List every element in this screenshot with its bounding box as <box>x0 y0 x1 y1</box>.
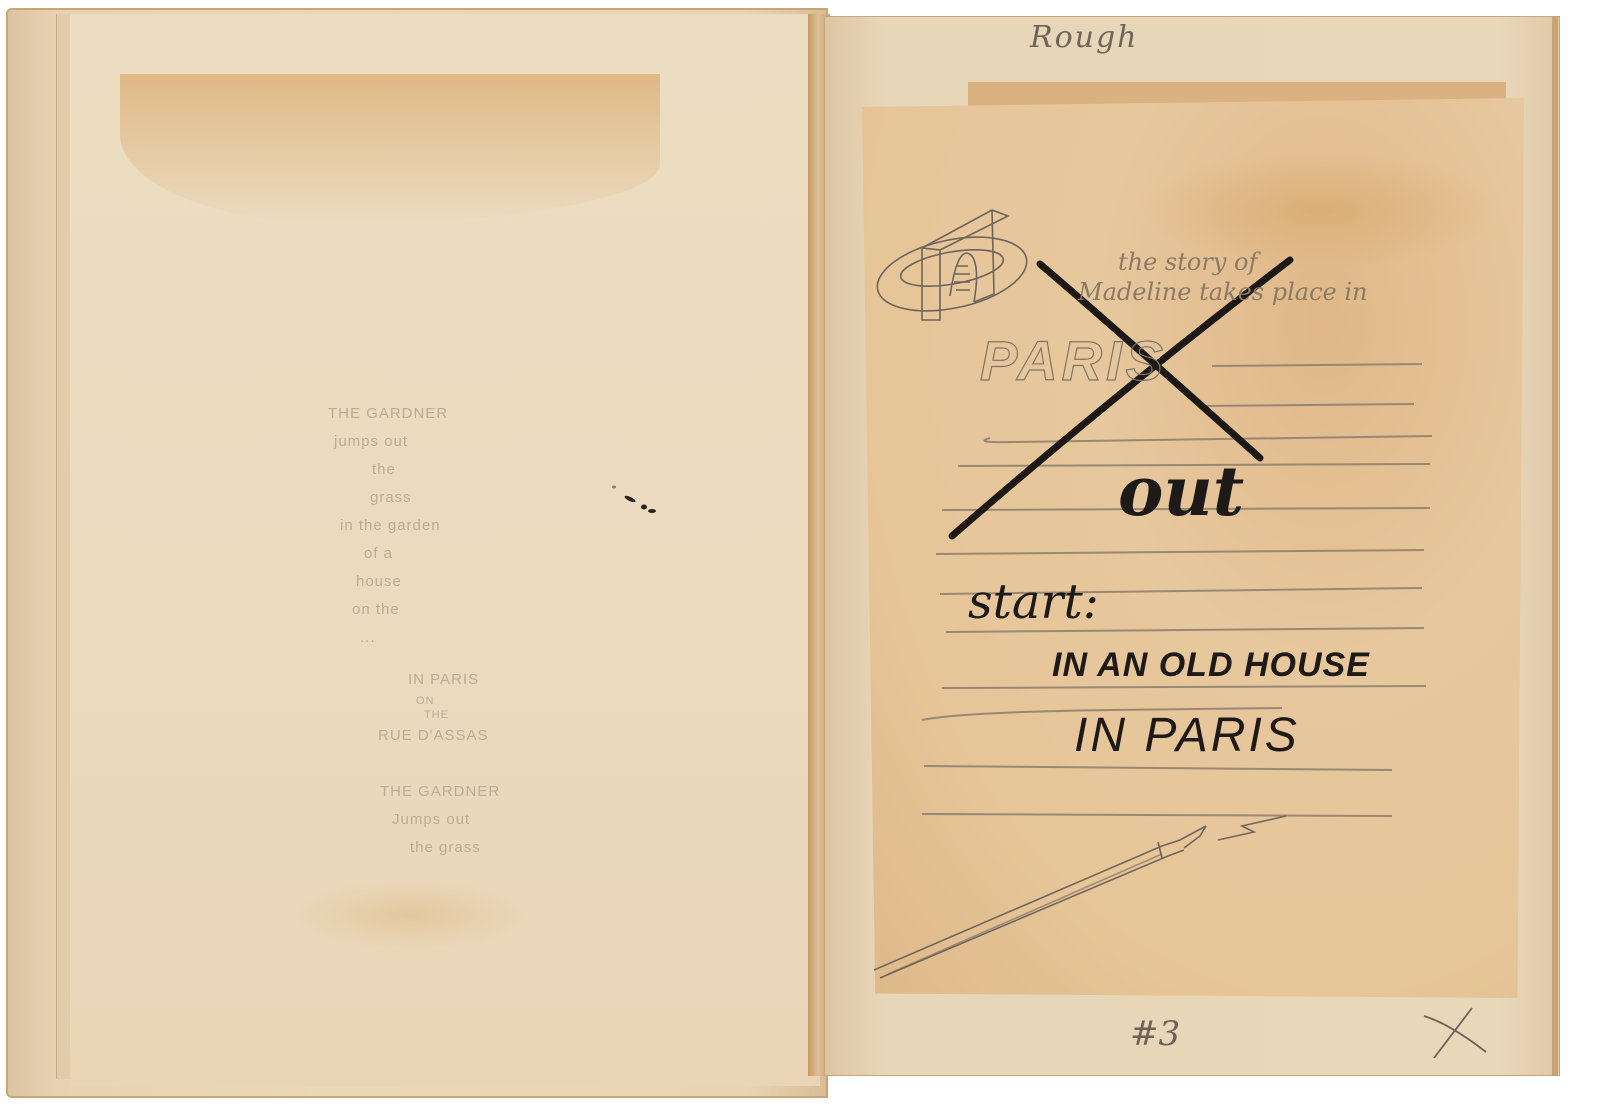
draft-drawings <box>862 98 1524 998</box>
note-line: jumps out <box>300 428 560 456</box>
note-line: house <box>300 568 560 596</box>
note-line: Jumps out <box>300 806 560 834</box>
arch-sketch-icon <box>871 210 1034 323</box>
open-sketchbook: THE GARDNER jumps out the grass in the g… <box>0 0 1600 1106</box>
x-mark-icon <box>1420 1004 1492 1060</box>
page-number: #3 <box>1130 1014 1180 1054</box>
note-line: ... <box>300 624 560 652</box>
faint-pencil-notes: THE GARDNER jumps out the grass in the g… <box>300 400 560 862</box>
opening-line-2: IN PARIS <box>1074 708 1300 763</box>
opening-line-1: IN AN OLD HOUSE <box>1052 646 1370 685</box>
note-line: the grass <box>300 834 560 862</box>
ink-smudge-icon <box>600 475 670 525</box>
crossed-out-title: PARIS <box>980 328 1167 393</box>
note-line: of a <box>300 540 560 568</box>
note-line: in the garden <box>300 512 560 540</box>
water-stain <box>120 74 660 224</box>
note-line: RUE D'ASSAS <box>300 722 560 750</box>
note-line: ON <box>300 694 560 708</box>
note-line: THE GARDNER <box>300 400 560 428</box>
note-line: on the <box>300 596 560 624</box>
out-annotation: out <box>1118 452 1244 532</box>
fountain-pen-sketch-icon <box>874 816 1286 978</box>
crossed-out-story-line-1: the story of <box>1118 248 1257 276</box>
note-line: the <box>300 456 560 484</box>
rough-label: Rough <box>1030 20 1139 55</box>
start-label: start: <box>968 574 1099 630</box>
crossed-out-story-line-2: Madeline takes place in <box>1078 278 1368 306</box>
right-page-edge <box>1552 16 1558 1076</box>
note-line: IN PARIS <box>300 666 560 694</box>
note-line: THE <box>300 708 560 722</box>
water-stain-bottom <box>290 880 530 950</box>
note-line: grass <box>300 484 560 512</box>
note-line: THE GARDNER <box>300 778 560 806</box>
